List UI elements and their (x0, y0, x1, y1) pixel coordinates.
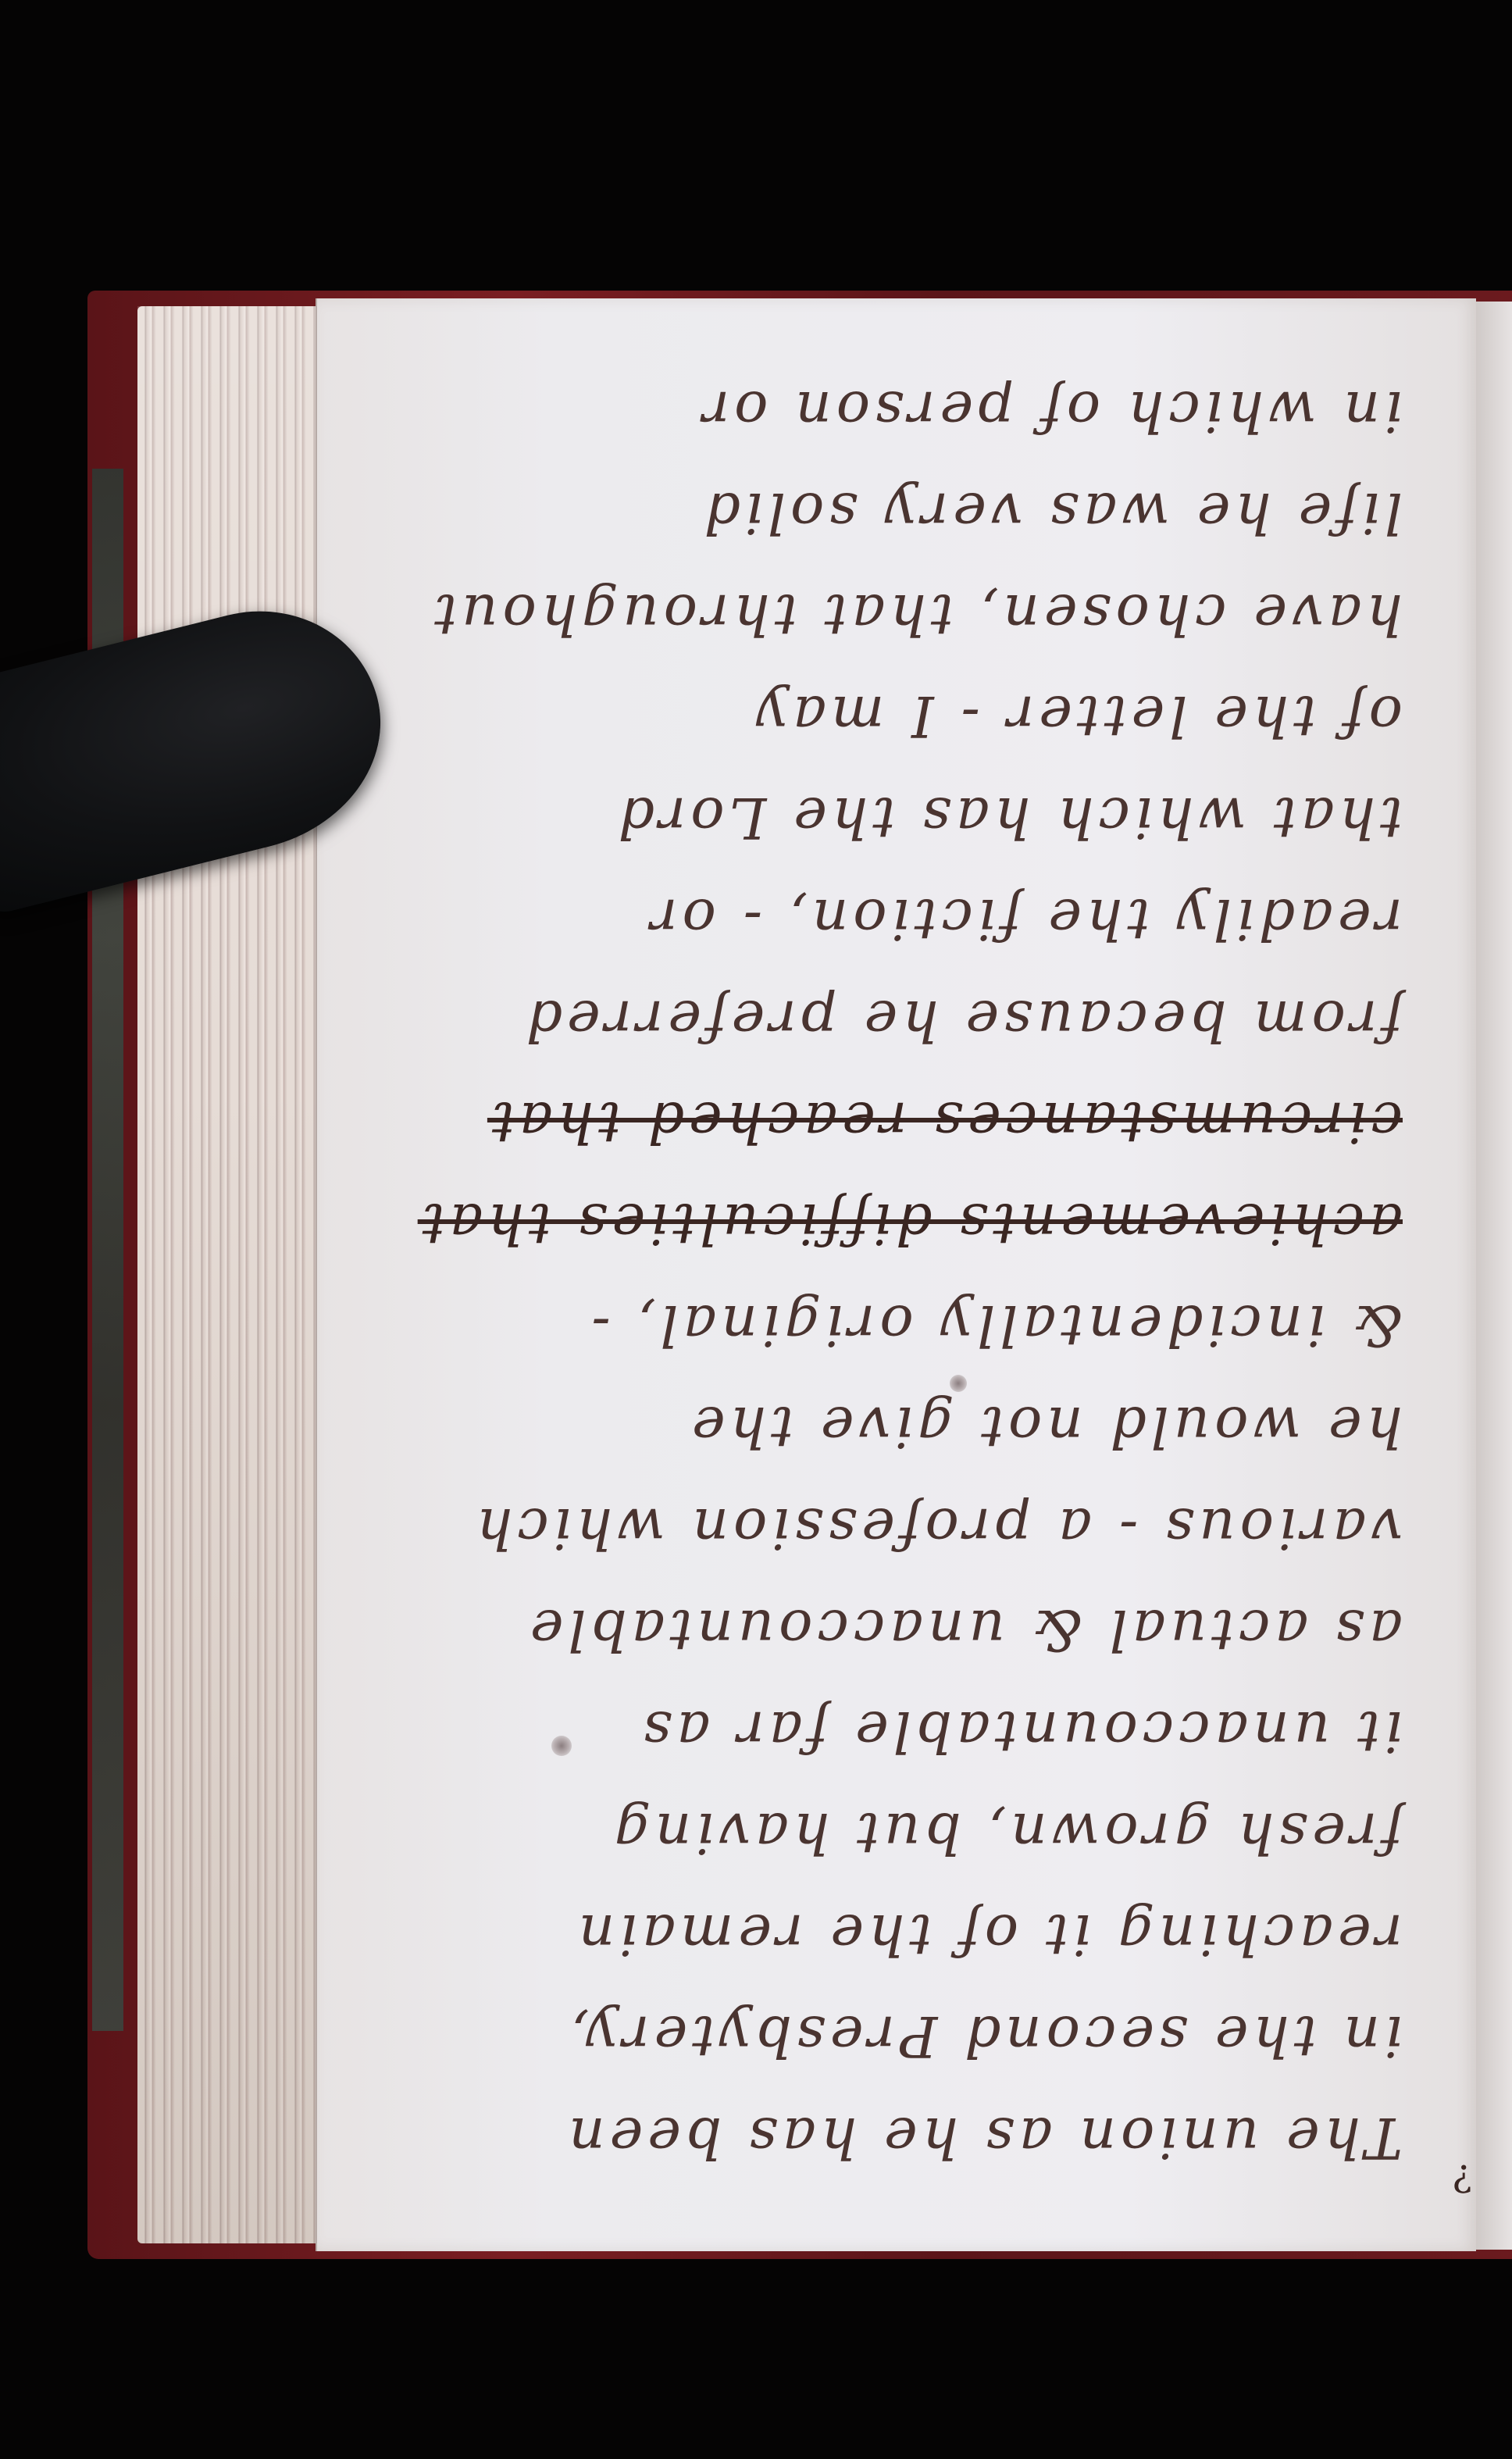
manuscript-line: it unaccountable far as (364, 1681, 1426, 1783)
manuscript-line: & incidentally original, - (364, 1275, 1426, 1376)
manuscript-line: he would not give the (364, 1376, 1426, 1478)
manuscript-line: as actual & unaccountable (364, 1579, 1426, 1681)
manuscript-line: from because he preferred (364, 970, 1426, 1072)
manuscript-line: life he was very solid (364, 462, 1426, 564)
manuscript-page: The union as he has been in the second P… (316, 298, 1476, 2251)
page-edges (137, 306, 325, 2243)
manuscript-line: The union as he has been (364, 2087, 1426, 2189)
manuscript-line: of the letter - I may (364, 666, 1426, 767)
page-marker: ? (1453, 2156, 1473, 2200)
handwritten-text-block: The union as he has been in the second P… (364, 361, 1426, 2189)
manuscript-line: various - a profession which (364, 1478, 1426, 1579)
ink-blot (551, 1736, 572, 1756)
manuscript-line: fresh grown, but having (364, 1783, 1426, 1884)
manuscript-line: in the second Presbytery, (364, 1986, 1426, 2087)
manuscript-line: have chosen, that throughout (364, 564, 1426, 666)
ink-blot (950, 1375, 967, 1392)
manuscript-line: that which has the Lord (364, 767, 1426, 869)
manuscript-line: in which of person or (364, 361, 1426, 462)
struck-manuscript-line: circumstances reached that (364, 1072, 1426, 1173)
manuscript-line: reaching it of the remain (364, 1884, 1426, 1986)
manuscript-line: readily the fiction, - or (364, 869, 1426, 970)
struck-manuscript-line: achievements difficulties that (364, 1173, 1426, 1275)
facing-page (1475, 302, 1512, 2250)
